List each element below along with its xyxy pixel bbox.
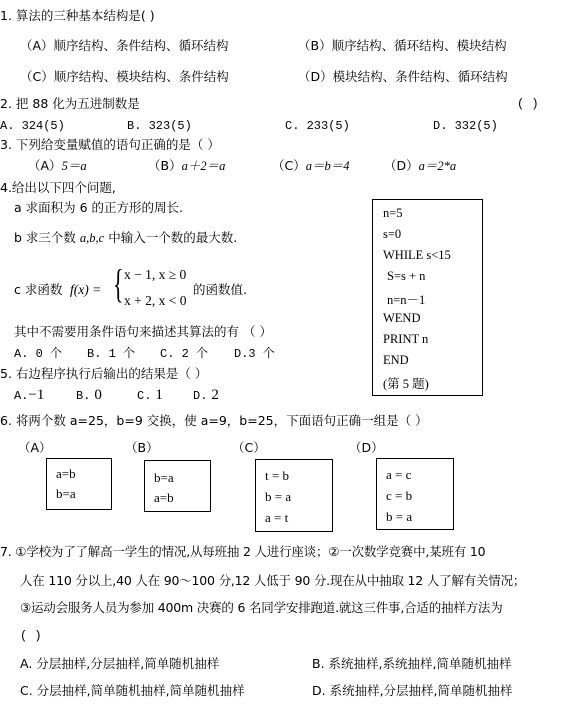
question-6-stem: 6. 将两个数 a=25，b=9 交换，使 a=9，b=25，下面语句正确一组是… (0, 413, 428, 429)
question-5-option-d: D. 2 (193, 387, 219, 404)
question-6-option-a-box: a=b b=a (46, 458, 112, 510)
program-line: PRINT n (383, 332, 428, 347)
question-4-option-d: D.3 个 (234, 346, 275, 362)
question-4-option-a: A. 0 个 (14, 346, 62, 362)
program-line: n=5 (383, 206, 403, 221)
question-3-stem: 3. 下列给变量赋值的语句正确的是（ ） (0, 137, 220, 153)
question-4-question: 其中不需要用条件语句来描述其算法的有 （ ） (14, 324, 272, 340)
option-label: （B） (148, 158, 182, 173)
question-4-item-c-prefix: c 求函数 (14, 282, 62, 298)
program-caption: (第 5 题) (383, 374, 429, 392)
question-5-option-c: C. 1 (137, 387, 163, 404)
option-label: （A） (28, 158, 62, 173)
question-6-label-c: （C） (232, 440, 266, 456)
question-2-option-c: C. 233(5) (285, 118, 350, 134)
question-7-option-c: C. 分层抽样,简单随机抽样,简单随机抽样 (20, 683, 245, 699)
option-value: 2 (211, 387, 219, 403)
question-7-option-a: A. 分层抽样,分层抽样,简单随机抽样 (20, 656, 219, 672)
question-1-stem: 1. 算法的三种基本结构是( ) (0, 8, 155, 24)
question-1-option-d: （D）模块结构、条件结构、循环结构 (298, 69, 508, 85)
program-line: END (383, 353, 409, 368)
item-b-variables: a,b,c (80, 231, 104, 245)
option-label: B. (76, 389, 90, 403)
code-line: b = a (386, 509, 412, 525)
option-value: 0 (94, 387, 102, 403)
program-line: S=s + n (387, 269, 425, 284)
code-line: t = b (265, 468, 289, 484)
question-7-option-b: B. 系统抽样,系统抽样,简单随机抽样 (312, 656, 511, 672)
program-line: WEND (383, 311, 421, 326)
question-6-option-b-box: b=a a=b (144, 460, 211, 512)
question-7-line-3: ③运动会服务人员为参加 400m 决赛的 6 名同学安排跑道.就这三件事,合适的… (20, 600, 503, 616)
code-line: c = b (386, 488, 412, 504)
code-line: b = a (265, 489, 291, 505)
code-line: a=b (154, 490, 174, 506)
question-3-option-c: （C）a＝b＝4 (272, 158, 350, 174)
code-line: b=a (56, 486, 76, 502)
question-5-option-b: B. 0 (76, 387, 102, 404)
question-2-option-d: D. 332(5) (433, 118, 498, 134)
option-expression: 5＝a (62, 159, 87, 173)
question-4-item-b: b 求三个数 a,b,c 中输入一个数的最大数. (14, 230, 237, 246)
item-b-prefix: b 求三个数 (14, 230, 76, 245)
option-value: −1 (28, 387, 44, 403)
code-line: b=a (154, 470, 174, 486)
program-line: s=0 (383, 227, 401, 242)
question-4-option-c: C. 2 个 (160, 346, 208, 362)
question-4-item-a: a 求面积为 6 的正方形的周长. (14, 200, 183, 216)
code-line: a = c (386, 467, 411, 483)
option-value: 1 (155, 387, 163, 403)
code-line: a=b (56, 466, 76, 482)
question-7-option-d: D. 系统抽样,分层抽样,简单随机抽样 (312, 683, 513, 699)
question-6-label-b: （B） (125, 440, 159, 456)
code-line: a = t (265, 510, 288, 526)
question-5-stem: 5. 右边程序执行后输出的结果是（ ） (0, 366, 207, 382)
question-6-option-d-box: a = c c = b b = a (376, 458, 454, 530)
question-4-option-b: B. 1 个 (87, 346, 135, 362)
question-4-case-1: x − 1, x ≥ 0 (124, 267, 186, 283)
program-line: WHILE s<15 (383, 248, 451, 263)
option-expression: a＋2＝a (182, 159, 226, 173)
piecewise-brace-icon: { (113, 264, 124, 304)
question-6-label-a: （A） (18, 440, 52, 456)
option-expression: a＝2*a (419, 159, 457, 173)
question-1-option-c: （C）顺序结构、模块结构、条件结构 (20, 69, 229, 85)
question-7-blank: ( ) (20, 628, 42, 644)
option-label: （D） (384, 158, 419, 173)
question-7-line-1: 7. ①学校为了了解高一学生的情况,从每班抽 2 人进行座谈；②一次数学竞赛中,… (0, 544, 485, 560)
question-2-blank: ( ) (517, 96, 539, 112)
question-4-stem: 4.给出以下四个问题, (0, 180, 116, 196)
item-b-suffix: 中输入一个数的最大数. (108, 230, 237, 245)
question-7-line-2: 人在 110 分以上,40 人在 90～100 分,12 人低于 90 分.现在… (20, 573, 525, 589)
option-label: A. (14, 389, 28, 403)
question-1-option-b: （B）顺序结构、循环结构、模块结构 (298, 38, 507, 54)
option-label: C. (137, 389, 151, 403)
question-2-stem: 2. 把 88 化为五进制数是 (0, 96, 140, 112)
option-label: D. (193, 389, 207, 403)
program-listing-box: n=5 s=0 WHILE s<15 S=s + n n=n－1 WEND PR… (372, 199, 483, 396)
question-1-option-a: （A）顺序结构、条件结构、循环结构 (20, 38, 229, 54)
question-3-option-d: （D）a＝2*a (384, 158, 456, 174)
question-2-option-b: B. 323(5) (127, 118, 192, 134)
question-3-option-a: （A）5＝a (28, 158, 87, 174)
question-6-label-d: （D） (349, 440, 384, 456)
option-expression: a＝b＝4 (306, 159, 350, 173)
question-4-function-label: f(x) = (70, 282, 101, 298)
question-5-option-a: A.−1 (14, 387, 44, 404)
question-4-case-2: x + 2, x < 0 (124, 293, 186, 309)
question-3-option-b: （B）a＋2＝a (148, 158, 225, 174)
option-label: （C） (272, 158, 306, 173)
question-6-option-c-box: t = b b = a a = t (255, 459, 333, 532)
question-2-option-a: A. 324(5) (0, 118, 65, 134)
program-line: n=n－1 (387, 290, 425, 308)
question-4-item-c-suffix: 的函数值. (193, 282, 247, 298)
